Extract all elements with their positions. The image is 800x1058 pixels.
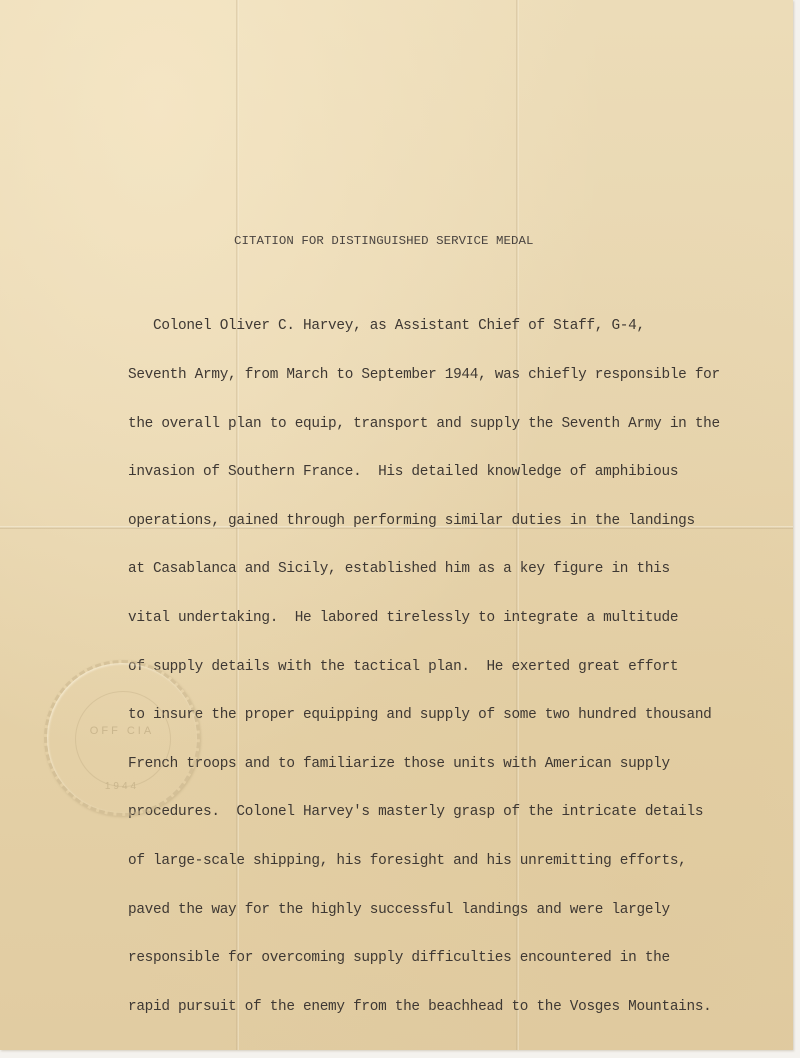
- seal-inner-ring: [75, 691, 171, 787]
- seal-center-text: OFF CIA: [47, 725, 197, 737]
- body-line: of supply details with the tactical plan…: [128, 659, 720, 675]
- body-line: Seventh Army, from March to September 19…: [128, 367, 720, 383]
- body-line: responsible for overcoming supply diffic…: [128, 950, 720, 966]
- citation-body: Colonel Oliver C. Harvey, as Assistant C…: [128, 286, 720, 1047]
- body-line: procedures. Colonel Harvey's masterly gr…: [128, 804, 720, 820]
- body-line: invasion of Southern France. His detaile…: [128, 464, 720, 480]
- body-line: operations, gained through performing si…: [128, 513, 720, 529]
- document-page: CITATION FOR DISTINGUISHED SERVICE MEDAL…: [0, 0, 793, 1050]
- body-line: rapid pursuit of the enemy from the beac…: [128, 999, 720, 1015]
- seal-year-text: 1944: [47, 781, 197, 792]
- body-line: Colonel Oliver C. Harvey, as Assistant C…: [128, 318, 720, 334]
- body-line: at Casablanca and Sicily, established hi…: [128, 561, 720, 577]
- body-line: of large-scale shipping, his foresight a…: [128, 853, 720, 869]
- body-line: French troops and to familiarize those u…: [128, 756, 720, 772]
- embossed-seal: OFF CIA 1944: [44, 660, 200, 816]
- body-line: the overall plan to equip, transport and…: [128, 416, 720, 432]
- document-title: CITATION FOR DISTINGUISHED SERVICE MEDAL: [234, 234, 533, 248]
- body-line: vital undertaking. He labored tirelessly…: [128, 610, 720, 626]
- body-line: paved the way for the highly successful …: [128, 902, 720, 918]
- body-line: to insure the proper equipping and suppl…: [128, 707, 720, 723]
